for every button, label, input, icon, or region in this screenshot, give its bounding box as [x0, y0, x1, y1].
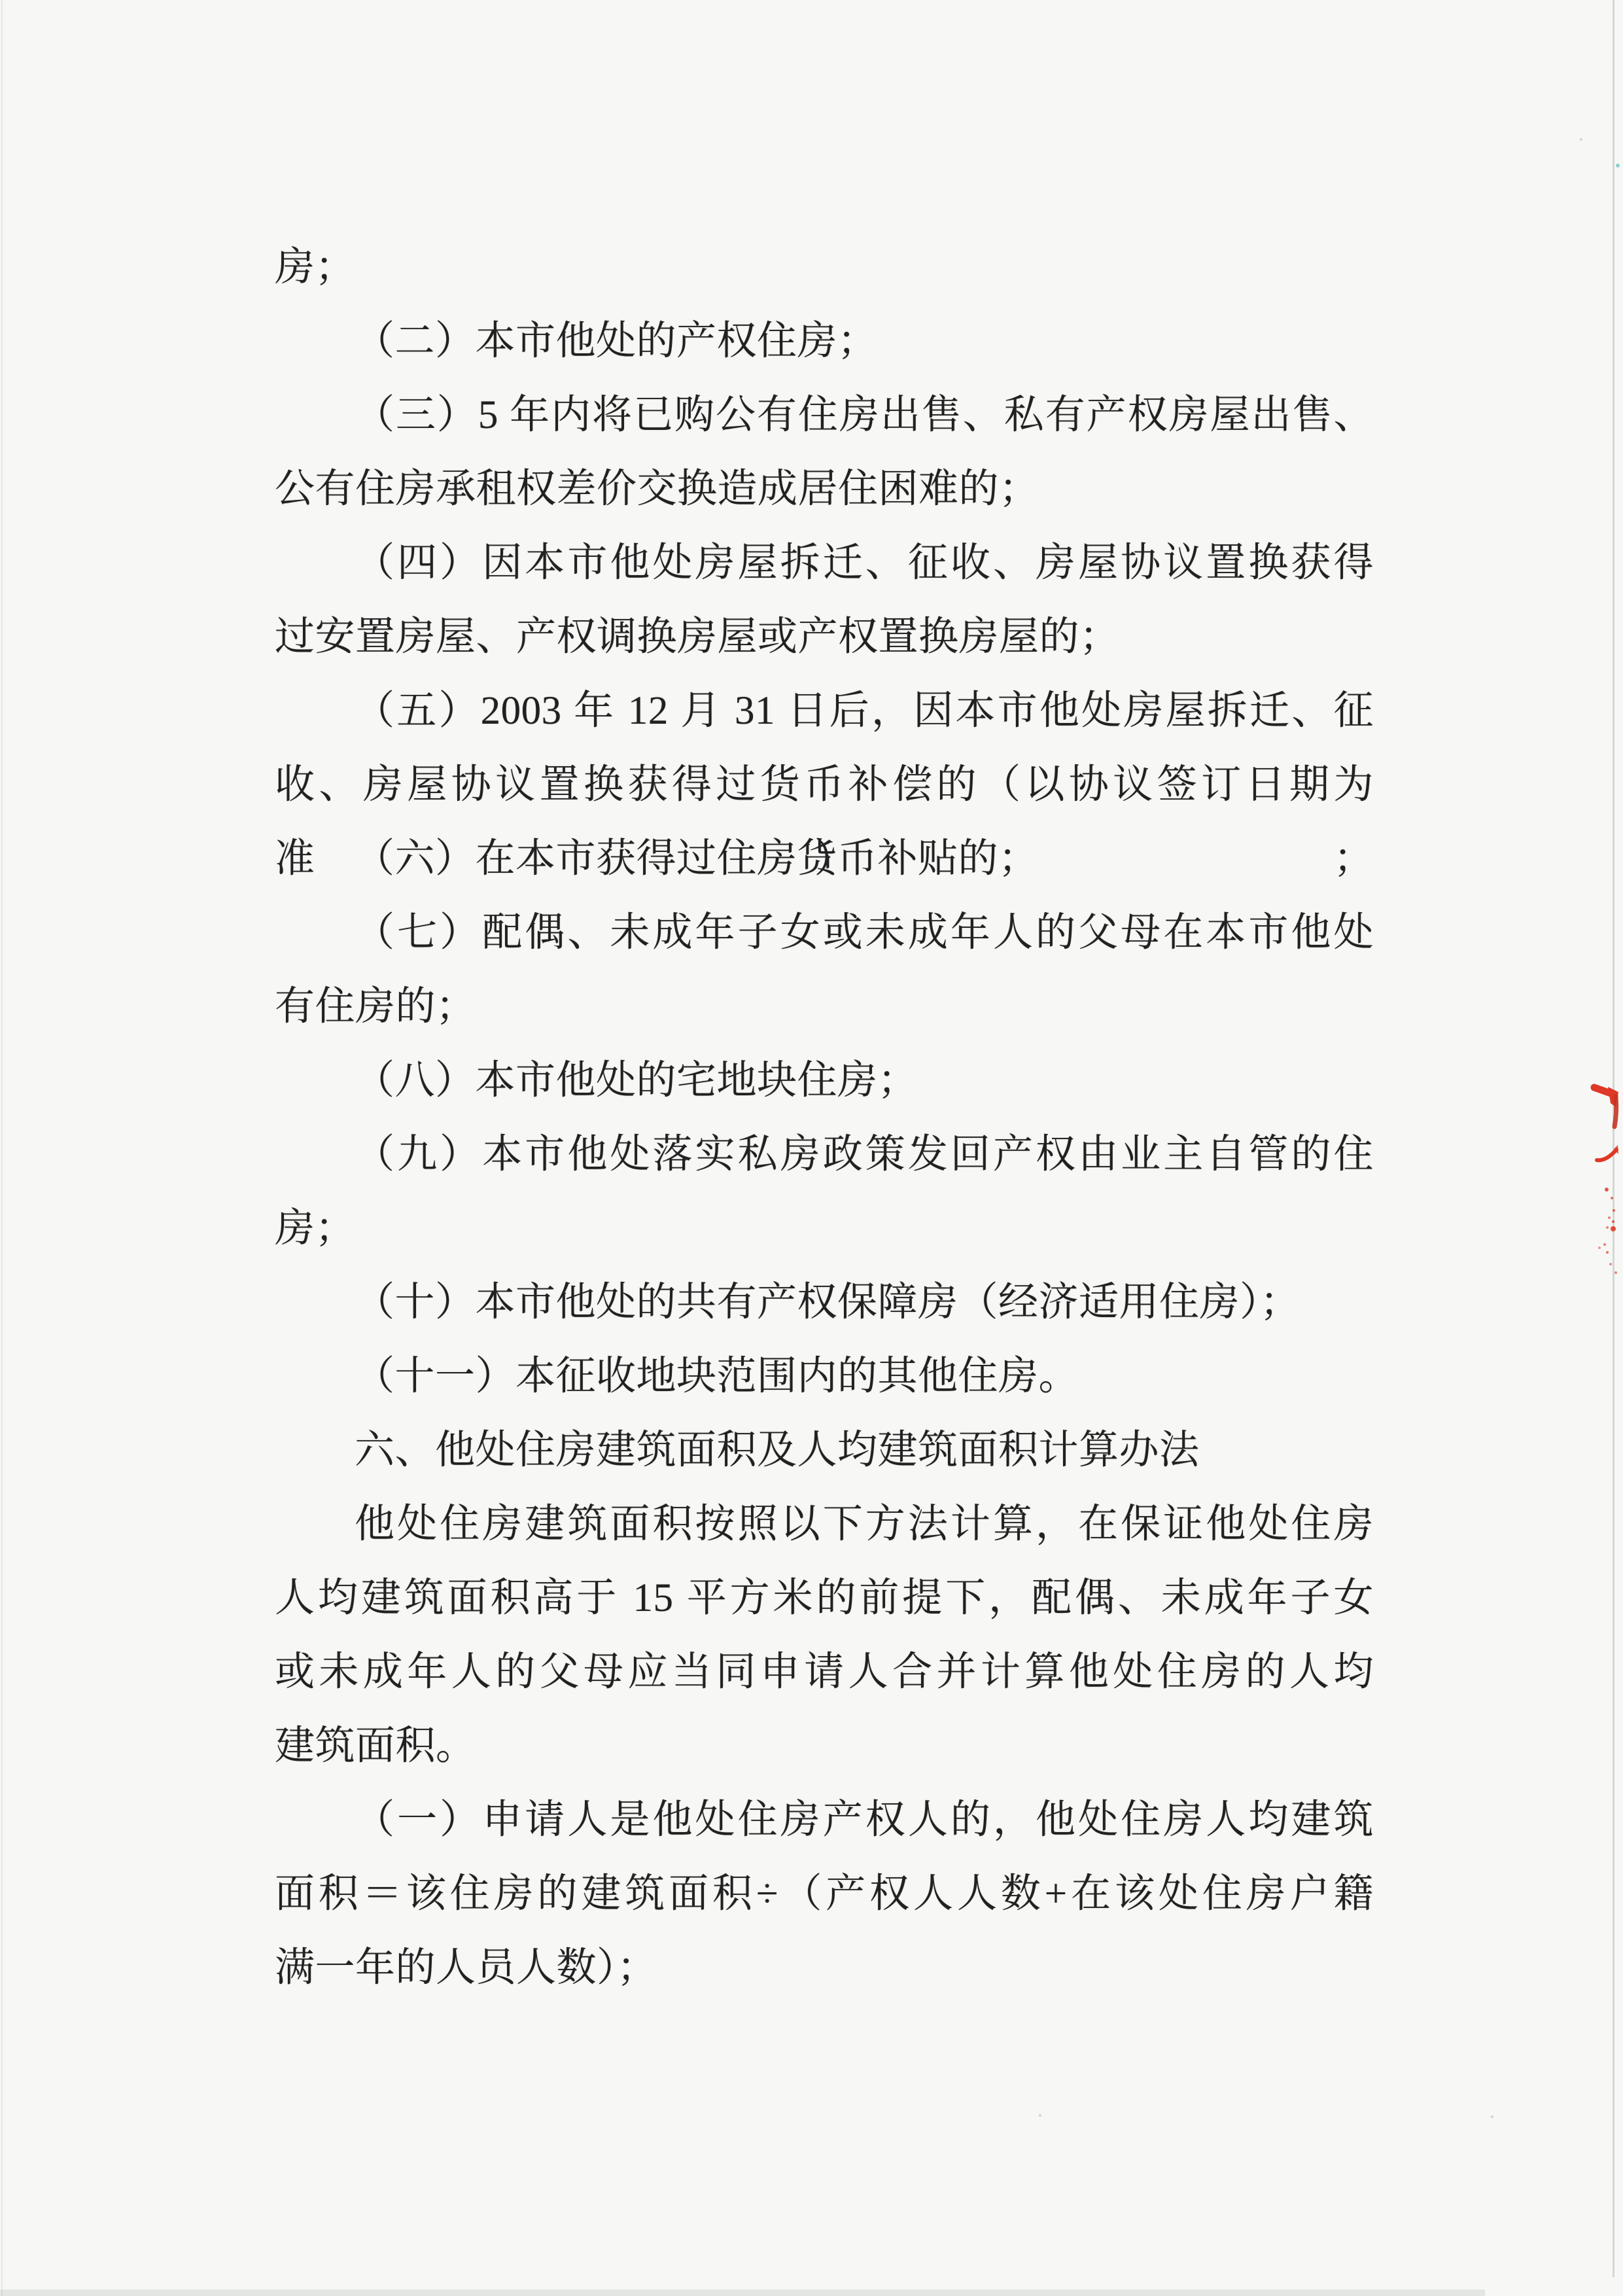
red-ink-speckle: [1606, 1251, 1609, 1254]
red-ink-speckle: [1614, 1271, 1617, 1274]
red-ink-speckle: [1613, 1209, 1615, 1212]
text-line: 建筑面积。: [275, 1709, 1374, 1783]
red-ink-swoosh-mark: [1597, 1145, 1618, 1160]
text-line: （七）配偶、未成年子女或未成年人的父母在本市他处: [275, 896, 1374, 970]
text-line: （九）本市他处落实私房政策发回产权由业主自管的住: [275, 1118, 1374, 1192]
red-ink-hook-mark: [1594, 1087, 1618, 1127]
red-ink-stroke: [1597, 1150, 1616, 1160]
text-line: 有住房的；: [275, 970, 1374, 1044]
text-line: 满一年的人员人数）；: [275, 1931, 1374, 2005]
text-line: 面积＝该住房的建筑面积÷（产权人人数+在该处住房户籍: [275, 1857, 1374, 1931]
text-line: 过安置房屋、产权调换房屋或产权置换房屋的；: [275, 600, 1374, 674]
gray-speck: [1039, 2114, 1041, 2117]
text-line: （二）本市他处的产权住房；: [275, 304, 1374, 378]
scan-edge-line-left: [1, 0, 3, 2296]
scan-edge-line-right: [1613, 0, 1614, 2277]
text-line: （三）5 年内将已购公有住房出售、私有产权房屋出售、: [275, 378, 1374, 452]
text-line: （十一）本征收地块范围内的其他住房。: [275, 1339, 1374, 1413]
gray-speck: [1580, 138, 1582, 141]
text-line: （一）申请人是他处住房产权人的，他处住房人均建筑: [275, 1783, 1374, 1857]
red-ink-speckle: [1612, 1220, 1614, 1223]
text-line: （八）本市他处的宅地块住房；: [275, 1044, 1374, 1118]
text-line: 六、他处住房建筑面积及人均建筑面积计算办法: [275, 1413, 1374, 1487]
text-line: （十）本市他处的共有产权保障房（经济适用住房）；: [275, 1265, 1374, 1339]
red-ink-speckle: [1605, 1188, 1609, 1192]
cyan-speck: [1616, 164, 1620, 168]
red-ink-blob: [1614, 1145, 1618, 1154]
text-line: 房；: [275, 1192, 1374, 1265]
scanned-document-page: 房；（二）本市他处的产权住房；（三）5 年内将已购公有住房出售、私有产权房屋出售…: [0, 0, 1623, 2296]
red-ink-stroke: [1594, 1087, 1614, 1095]
gray-speck: [1491, 2115, 1493, 2118]
red-ink-speckle: [1606, 1226, 1609, 1229]
text-line: 或未成年人的父母应当同申请人合并计算他处住房的人均: [275, 1635, 1374, 1709]
text-line: 人均建筑面积高于 15 平方米的前提下，配偶、未成年子女: [275, 1561, 1374, 1635]
text-line: （五）2003 年 12 月 31 日后，因本市他处房屋拆迁、征: [275, 674, 1374, 748]
red-ink-speckle: [1609, 1263, 1612, 1265]
text-block: 房；（二）本市他处的产权住房；（三）5 年内将已购公有住房出售、私有产权房屋出售…: [275, 230, 1374, 2005]
red-ink-blob: [1608, 1087, 1618, 1107]
red-ink-stroke: [1614, 1097, 1616, 1127]
scan-edge-smear-bottom: [0, 2289, 1485, 2296]
text-line: 公有住房承租权差价交换造成居住困难的；: [275, 452, 1374, 526]
red-ink-speckle: [1608, 1216, 1611, 1219]
text-line: （四）因本市他处房屋拆迁、征收、房屋协议置换获得: [275, 526, 1374, 600]
red-ink-speckle: [1598, 1246, 1601, 1249]
red-ink-speckle: [1611, 1226, 1616, 1231]
text-line: 收、房屋协议置换获得过货币补偿的（以协议签订日期为准）；: [275, 748, 1374, 822]
text-line: 房；: [275, 230, 1374, 304]
red-ink-speckle: [1603, 1243, 1606, 1246]
text-line: 他处住房建筑面积按照以下方法计算，在保证他处住房: [275, 1487, 1374, 1561]
red-ink-speckle: [1611, 1197, 1613, 1199]
